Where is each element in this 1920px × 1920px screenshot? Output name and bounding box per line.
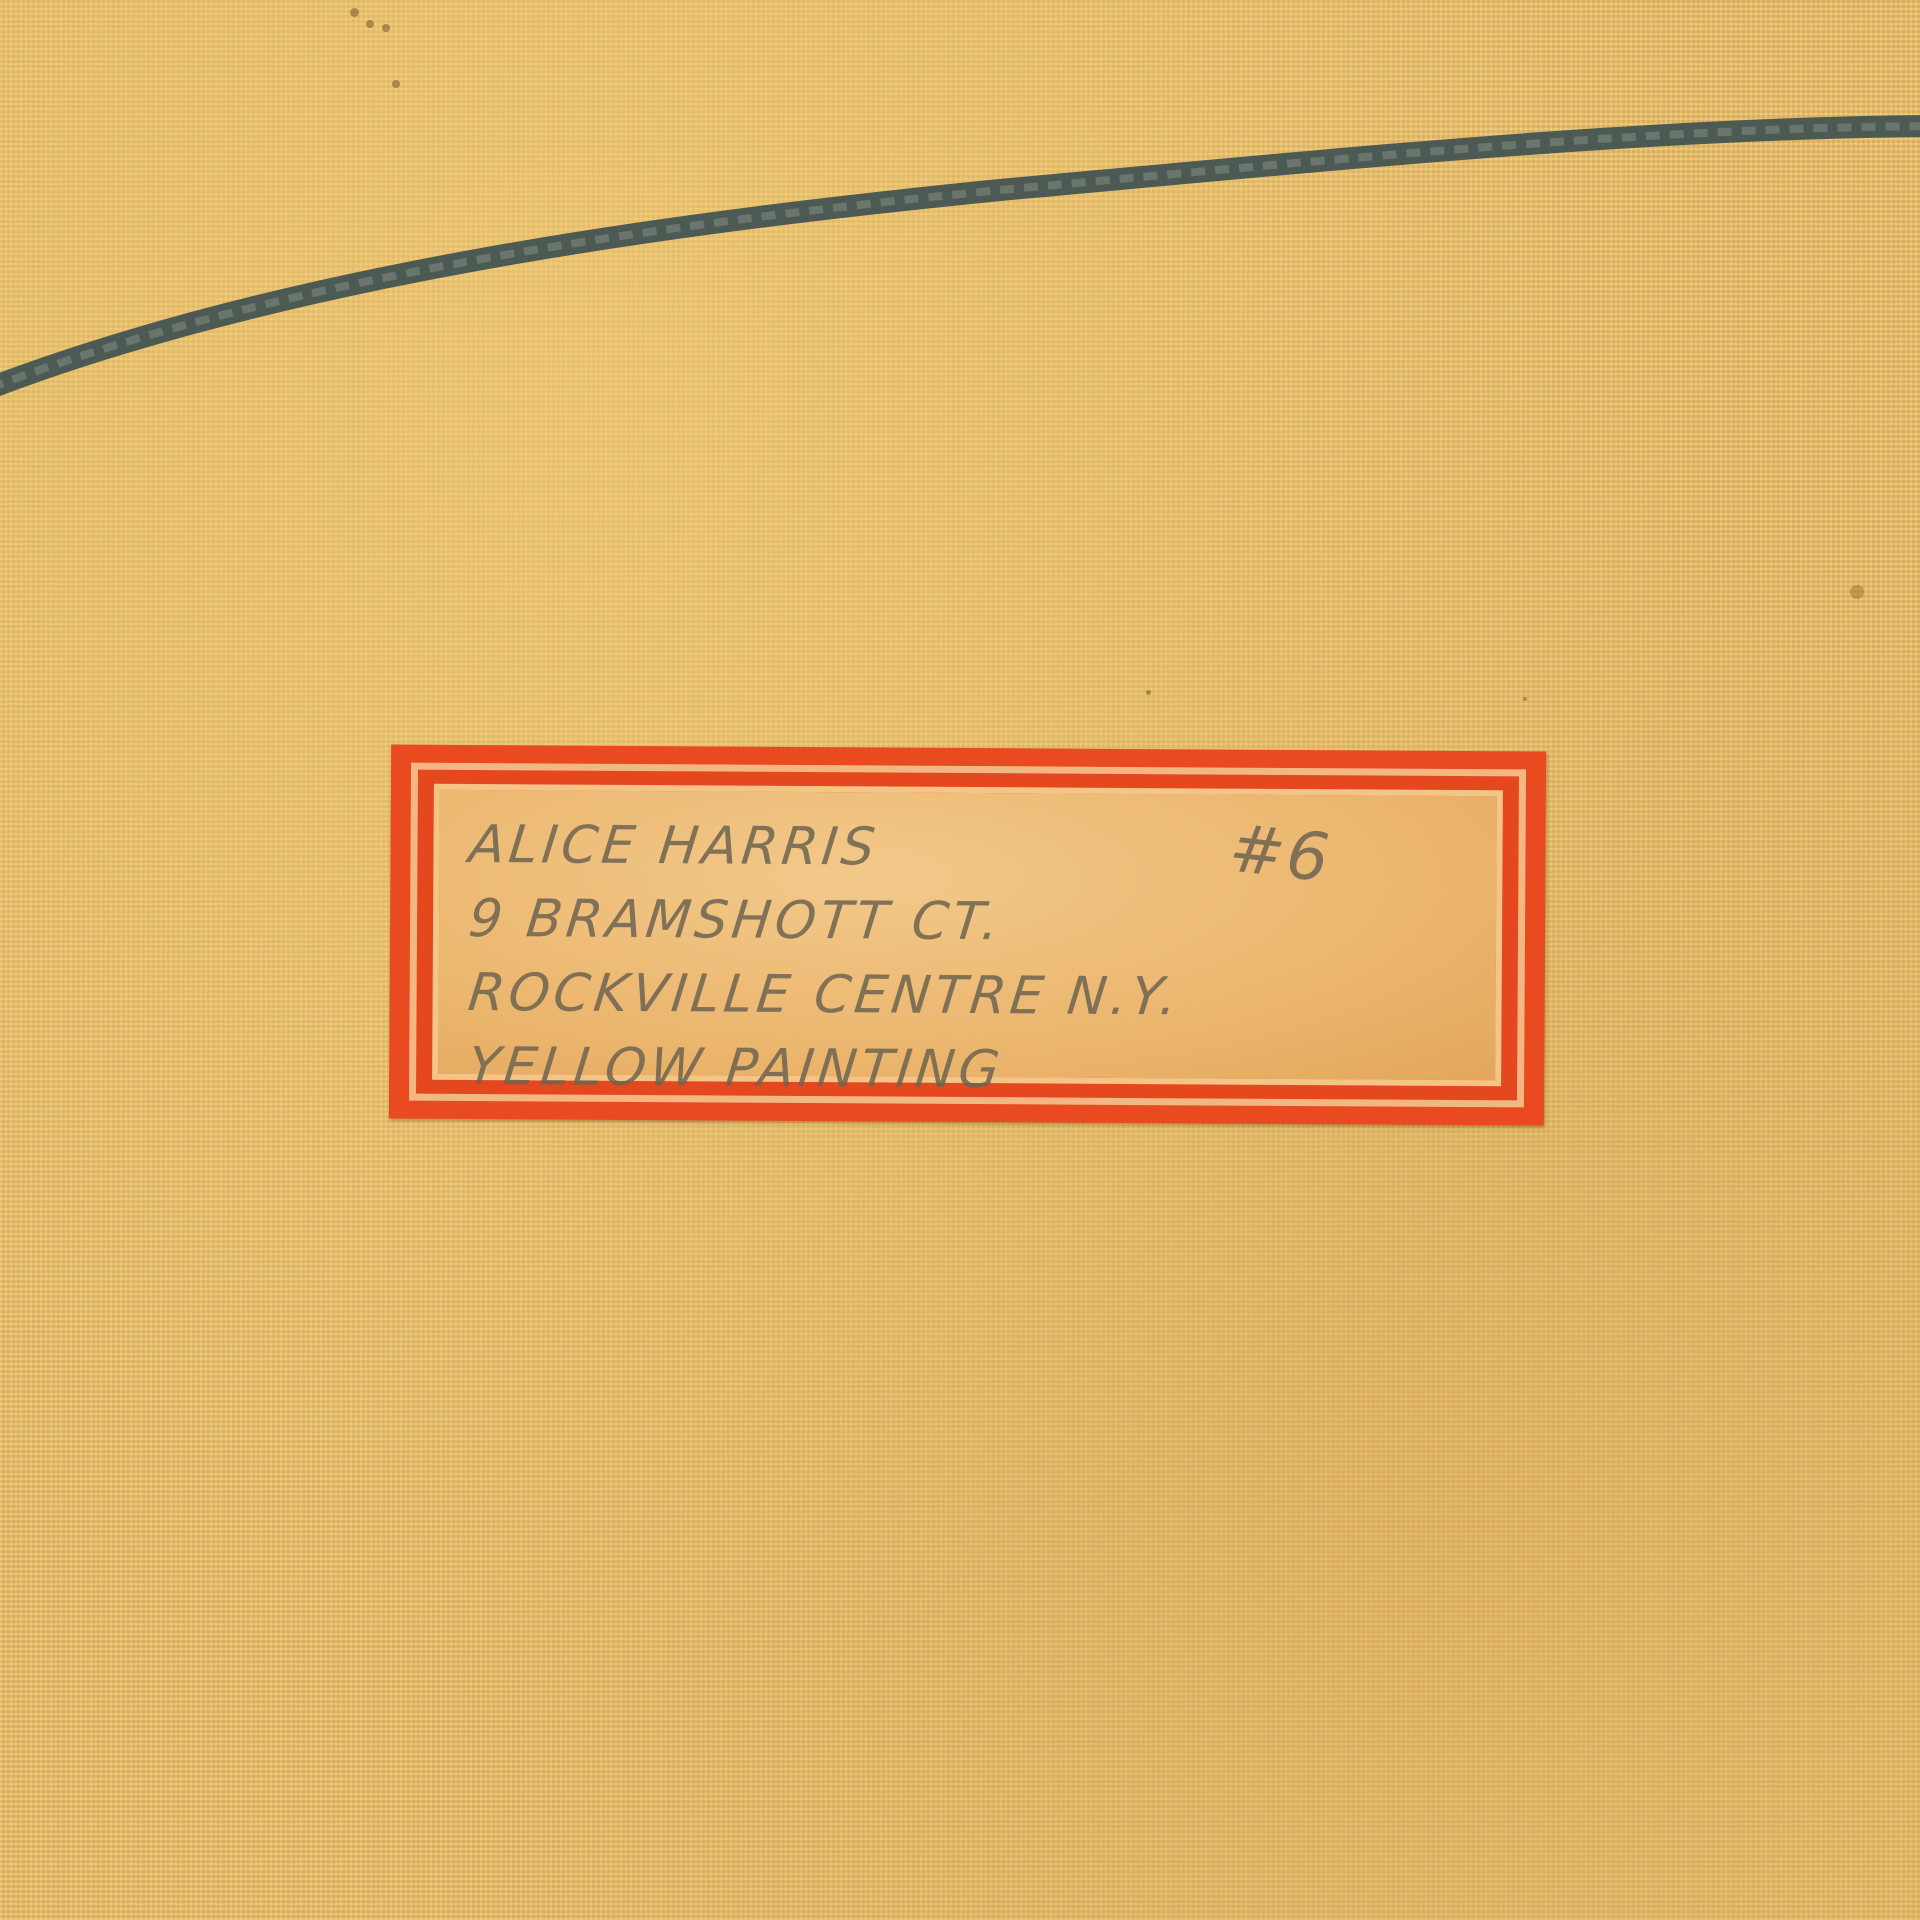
canvas-back: ALICE HARRIS 9 BRAMSHOTT CT. ROCKVILLE C… [0, 0, 1920, 1920]
handwritten-text: ALICE HARRIS 9 BRAMSHOTT CT. ROCKVILLE C… [438, 790, 1497, 1080]
paint-speck [1850, 585, 1864, 599]
painting-number: #6 [1226, 810, 1335, 898]
painting-title: YELLOW PAINTING [464, 1030, 1499, 1110]
paint-speck [350, 8, 359, 17]
label-border: ALICE HARRIS 9 BRAMSHOTT CT. ROCKVILLE C… [409, 763, 1526, 1108]
label-paper: ALICE HARRIS 9 BRAMSHOTT CT. ROCKVILLE C… [432, 784, 1503, 1087]
paint-speck [382, 24, 390, 32]
artist-name: ALICE HARRIS [465, 808, 1500, 888]
hanging-wire [0, 0, 1920, 420]
street-address: 9 BRAMSHOTT CT. [465, 882, 1500, 962]
paint-speck [1523, 697, 1527, 701]
paint-speck [366, 20, 374, 28]
city-state: ROCKVILLE CENTRE N.Y. [465, 956, 1500, 1036]
paint-speck [1146, 690, 1151, 695]
paint-speck [392, 80, 400, 88]
gallery-label: ALICE HARRIS 9 BRAMSHOTT CT. ROCKVILLE C… [389, 744, 1546, 1125]
